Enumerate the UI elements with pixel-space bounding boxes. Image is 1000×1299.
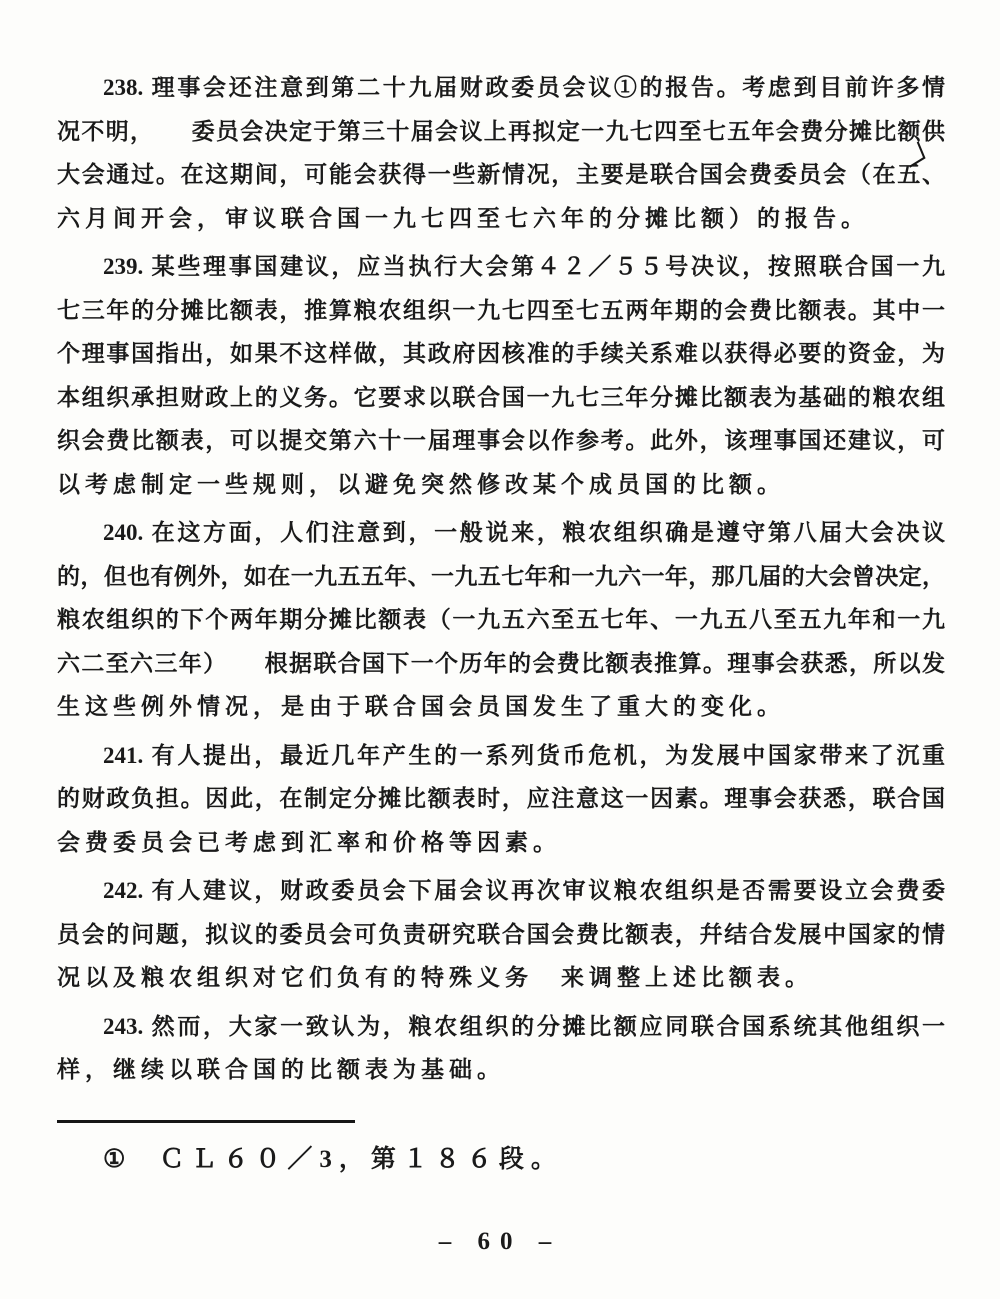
paragraph-line: 的财政负担。因此，在制定分摊比额表时，应注意这一因素。理事会获悉，联合国 xyxy=(57,777,945,821)
paragraph-line: 以考虑制定一些规则，以避免突然修改某个成员国的比额。 xyxy=(57,463,945,507)
paragraph-line: 样，继续以联合国的比额表为基础。 xyxy=(57,1048,945,1092)
paragraph-line: 243. 然而，大家一致认为，粮农组织的分摊比额应同联合国系统其他组织一 xyxy=(57,1005,945,1049)
paragraph-line: 员会的问题，拟议的委员会可负责研究联合国会费比额表，幷结合发展中国家的情 xyxy=(57,913,945,957)
paragraph-line: 粮农组织的下个两年期分摊比额表（一九五六至五七年、一九五八至五九年和一九 xyxy=(57,598,945,642)
paragraph-line: 生这些例外情况，是由于联合国会员国发生了重大的变化。 xyxy=(57,685,945,729)
footnote: ①ＣＬ６０／3，第１８６段。 xyxy=(103,1140,563,1180)
paragraph-line: 六月间开会，审议联合国一九七四至七六年的分摊比额）的报告。 xyxy=(57,197,945,241)
paragraph-line: 240. 在这方面，人们注意到，一般说来，粮农组织确是遵守第八届大会决议 xyxy=(57,511,945,555)
page-number: – 60 – xyxy=(0,1228,1000,1256)
footnote-text: ＣＬ６０／3，第１８６段。 xyxy=(159,1146,563,1173)
paragraph-243: 243. 然而，大家一致认为，粮农组织的分摊比额应同联合国系统其他组织一 样，继… xyxy=(57,1005,945,1092)
paragraph-line: 七三年的分摊比额表，推算粮农组织一九七四至七五两年期的会费比额表。其中一 xyxy=(57,289,945,333)
paragraph-line: 的，但也有例外，如在一九五五年、一九五七年和一九六一年，那几届的大会曾决定， xyxy=(57,555,945,599)
paragraph-line: 238. 理事会还注意到第二十九届财政委员会议①的报告。考虑到目前许多情 xyxy=(57,66,945,110)
paragraph-line: 本组织承担财政上的义务。它要求以联合国一九七三年分摊比额表为基础的粮农组 xyxy=(57,376,945,420)
paragraph-line: 况以及粮农组织对它们负有的特殊义务 来调整上述比额表。 xyxy=(57,956,945,1000)
paragraph-line: 六二至六三年） 根据联合国下一个历年的会费比额表推算。理事会获悉，所以发 xyxy=(57,642,945,686)
document-body: 238. 理事会还注意到第二十九届财政委员会议①的报告。考虑到目前许多情 况不明… xyxy=(57,66,945,1097)
paragraph-line: 个理事国指出，如果不这样做，其政府因核准的手续关系难以获得必要的资金，为 xyxy=(57,332,945,376)
paragraph-239: 239. 某些理事国建议，应当执行大会第４２／５５号决议，按照联合国一九 七三年… xyxy=(57,245,945,506)
paragraph-line: 239. 某些理事国建议，应当执行大会第４２／５５号决议，按照联合国一九 xyxy=(57,245,945,289)
paragraph-240: 240. 在这方面，人们注意到，一般说来，粮农组织确是遵守第八届大会决议 的，但… xyxy=(57,511,945,729)
footnote-marker: ① xyxy=(103,1140,125,1180)
paragraph-242: 242. 有人建议，财政委员会下届会议再次审议粮农组织是否需要设立会费委 员会的… xyxy=(57,869,945,1000)
paragraph-line: 大会通过。在这期间，可能会获得一些新情况，主要是联合国会费委员会（在五、 xyxy=(57,153,945,197)
footnote-divider xyxy=(57,1120,355,1123)
paragraph-line: 241. 有人提出，最近几年产生的一系列货币危机，为发展中国家带来了沉重 xyxy=(57,734,945,778)
paragraph-241: 241. 有人提出，最近几年产生的一系列货币危机，为发展中国家带来了沉重 的财政… xyxy=(57,734,945,865)
paragraph-line: 会费委员会已考虑到汇率和价格等因素。 xyxy=(57,821,945,865)
paragraph-238: 238. 理事会还注意到第二十九届财政委员会议①的报告。考虑到目前许多情 况不明… xyxy=(57,66,945,240)
paragraph-line: 况不明， 委员会决定于第三十届会议上再拟定一九七四至七五年会费分摊比额供 xyxy=(57,110,945,154)
scanned-page: 238. 理事会还注意到第二十九届财政委员会议①的报告。考虑到目前许多情 况不明… xyxy=(0,0,1000,1299)
paragraph-line: 242. 有人建议，财政委员会下届会议再次审议粮农组织是否需要设立会费委 xyxy=(57,869,945,913)
paragraph-line: 织会费比额表，可以提交第六十一届理事会以作参考。此外，该理事国还建议，可 xyxy=(57,419,945,463)
